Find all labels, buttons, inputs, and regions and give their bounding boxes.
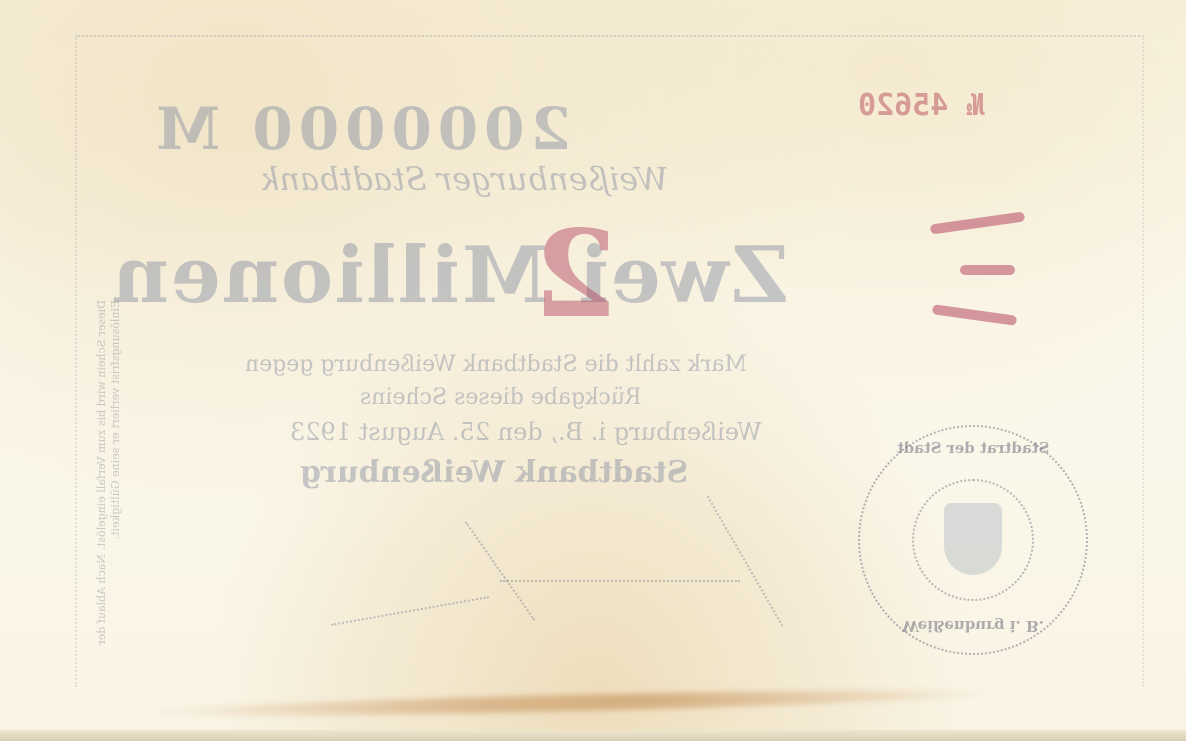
water-stain <box>140 685 1000 721</box>
banknote: 2000000 M Weißenburger Stadtbank Zwei Mi… <box>0 0 1186 741</box>
red-ornament-icon <box>920 210 1040 330</box>
denomination-numeral: 2000000 M <box>150 95 571 163</box>
promise-line-1: Mark zahlt die Stadtbank Weißenburg gege… <box>245 352 747 377</box>
seal-top-text: Stadtrat der Stadt <box>860 439 1086 457</box>
issuer-name: Weißenburger Stadtbank <box>260 160 668 198</box>
side-text: Dieser Schein wird bis zum Verfall einge… <box>95 300 215 680</box>
place-date: Weißenburg i. B., den 25. August 1923 <box>290 418 762 446</box>
seal-bottom-text: Weißenburg i. B. <box>860 617 1086 635</box>
paper-edge <box>0 730 1186 741</box>
seal-inner-ring <box>912 479 1034 601</box>
city-arms-icon <box>944 503 1002 575</box>
city-seal: Stadtrat der Stadt Weißenburg i. B. <box>858 425 1088 655</box>
allegorical-figure-icon <box>440 480 800 670</box>
big-numeral: 2 <box>470 215 680 345</box>
promise-line-2: Rückgabe dieses Scheins <box>360 385 642 410</box>
serial-number: № 45620 <box>858 88 984 123</box>
